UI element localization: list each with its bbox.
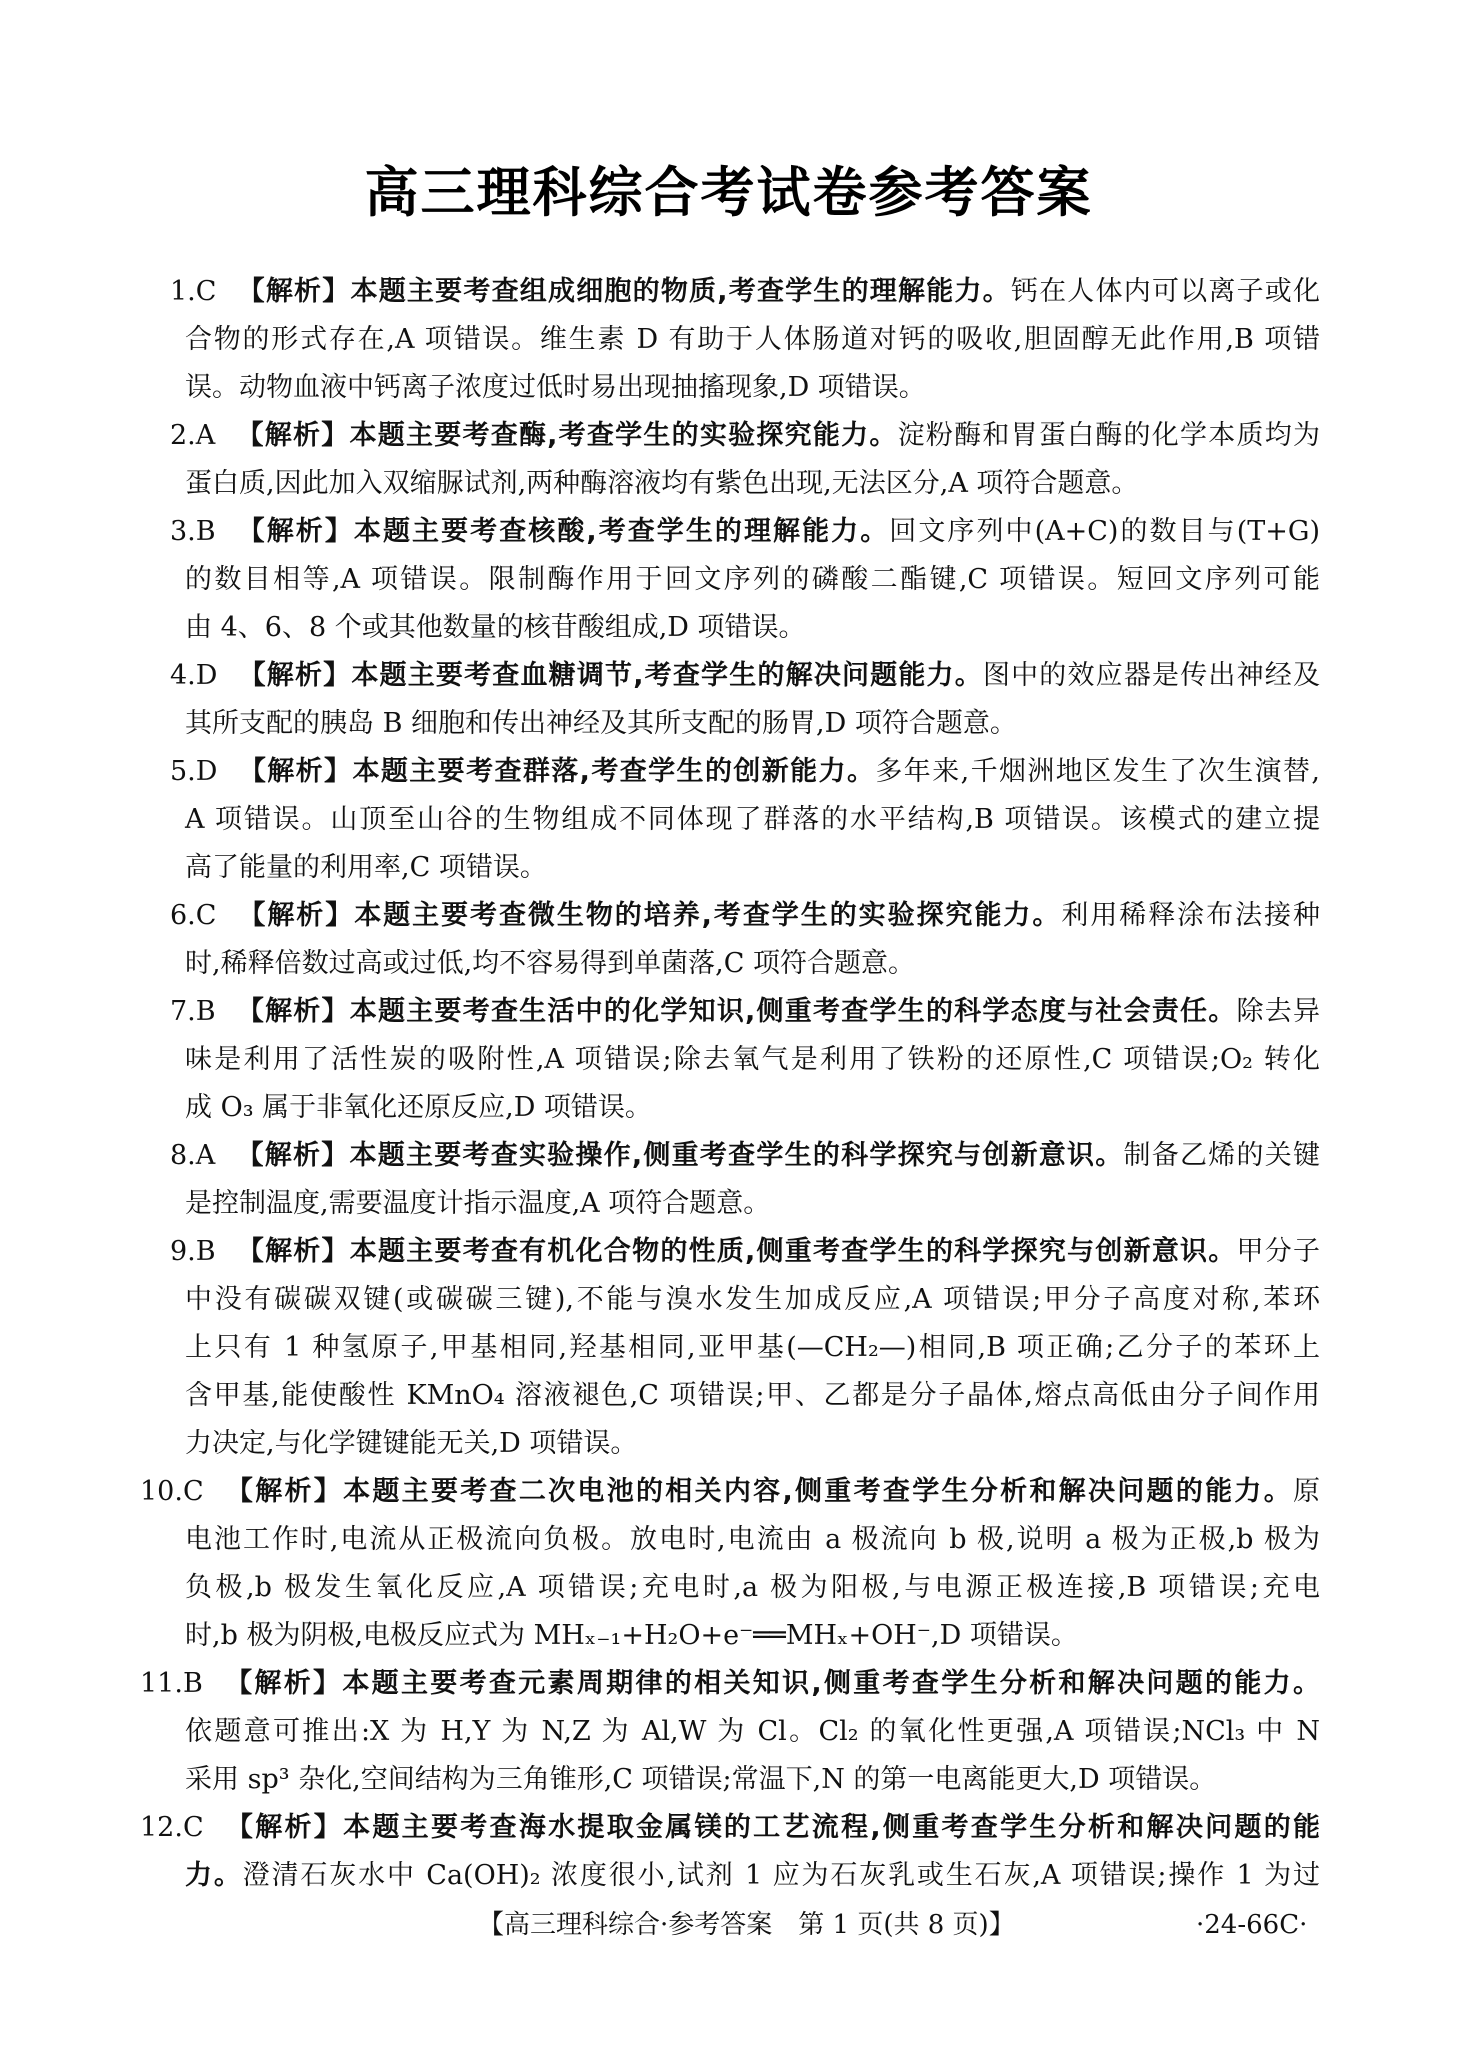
answer-lead: 本题主要考查微生物的培养,考查学生的实验探究能力。 bbox=[354, 900, 1061, 931]
answer-number: 7.B bbox=[170, 996, 216, 1027]
page-title: 高三理科综合考试卷参考答案 bbox=[0, 150, 1457, 227]
answer-text: 钙在人体内可以离子或化 bbox=[1011, 276, 1320, 307]
answer-lead: 本题主要考查组成细胞的物质,考查学生的理解能力。 bbox=[351, 276, 1011, 307]
answer-line: 中没有碳碳双键(或碳碳三键),不能与溴水发生加成反应,A 项错误;甲分子高度对称… bbox=[140, 1276, 1320, 1324]
answer-line: 9.B【解析】本题主要考查有机化合物的性质,侧重考查学生的科学探究与创新意识。甲… bbox=[140, 1228, 1320, 1276]
answer-item-3: 3.B【解析】本题主要考查核酸,考查学生的理解能力。回文序列中(A+C)的数目与… bbox=[140, 508, 1320, 652]
answer-lead: 本题主要考查核酸,考查学生的理解能力。 bbox=[354, 516, 889, 547]
answer-text: 回文序列中(A+C)的数目与(T+G) bbox=[889, 516, 1320, 547]
answer-line: 3.B【解析】本题主要考查核酸,考查学生的理解能力。回文序列中(A+C)的数目与… bbox=[140, 508, 1320, 556]
answer-lead: 本题主要考查有机化合物的性质,侧重考查学生的科学探究与创新意识。 bbox=[350, 1236, 1237, 1267]
answer-line: 含甲基,能使酸性 KMnO₄ 溶液褪色,C 项错误;甲、乙都是分子晶体,熔点高低… bbox=[140, 1372, 1320, 1420]
answer-line: 2.A【解析】本题主要考查酶,考查学生的实验探究能力。淀粉酶和胃蛋白酶的化学本质… bbox=[140, 412, 1320, 460]
answer-number: 2.A bbox=[170, 420, 215, 451]
answer-lead: 本题主要考查群落,考查学生的创新能力。 bbox=[352, 756, 875, 787]
answer-item-6: 6.C【解析】本题主要考查微生物的培养,考查学生的实验探究能力。利用稀释涂布法接… bbox=[140, 892, 1320, 988]
answer-line: A 项错误。山顶至山谷的生物组成不同体现了群落的水平结构,B 项错误。该模式的建… bbox=[140, 796, 1320, 844]
answer-line: 味是利用了活性炭的吸附性,A 项错误;除去氧气是利用了铁粉的还原性,C 项错误;… bbox=[140, 1036, 1320, 1084]
answer-line: 12.C【解析】本题主要考查海水提取金属镁的工艺流程,侧重考查学生分析和解决问题… bbox=[140, 1804, 1320, 1852]
answer-number: 11.B bbox=[140, 1668, 203, 1699]
answer-line: 6.C【解析】本题主要考查微生物的培养,考查学生的实验探究能力。利用稀释涂布法接… bbox=[140, 892, 1320, 940]
document-code: ·24-66C· bbox=[1196, 1905, 1307, 1945]
answer-item-10: 10.C【解析】本题主要考查二次电池的相关内容,侧重考查学生分析和解决问题的能力… bbox=[140, 1468, 1320, 1660]
answer-line: 合物的形式存在,A 项错误。维生素 D 有助于人体肠道对钙的吸收,胆固醇无此作用… bbox=[140, 316, 1320, 364]
answer-line: 力决定,与化学键键能无关,D 项错误。 bbox=[140, 1420, 1320, 1468]
answer-item-11: 11.B【解析】本题主要考查元素周期律的相关知识,侧重考查学生分析和解决问题的能… bbox=[140, 1660, 1320, 1804]
answer-lead: 本题主要考查生活中的化学知识,侧重考查学生的科学态度与社会责任。 bbox=[350, 996, 1237, 1027]
analysis-label: 【解析】 bbox=[237, 660, 351, 691]
answer-number: 12.C bbox=[140, 1812, 204, 1843]
answer-lead: 本题主要考查二次电池的相关内容,侧重考查学生分析和解决问题的能力。 bbox=[343, 1476, 1293, 1507]
answer-text: 甲分子 bbox=[1237, 1236, 1320, 1267]
answer-text: 多年来,千烟洲地区发生了次生演替, bbox=[875, 756, 1320, 787]
answer-item-12: 12.C【解析】本题主要考查海水提取金属镁的工艺流程,侧重考查学生分析和解决问题… bbox=[140, 1804, 1320, 1900]
answer-number: 3.B bbox=[170, 516, 216, 547]
answer-line: 电池工作时,电流从正极流向负极。放电时,电流由 a 极流向 b 极,说明 a 极… bbox=[140, 1516, 1320, 1564]
answer-line: 时,b 极为阴极,电极反应式为 MHₓ₋₁+H₂O+e⁻══MHₓ+OH⁻,D … bbox=[140, 1612, 1320, 1660]
answer-lead: 本题主要考查海水提取金属镁的工艺流程,侧重考查学生分析和解决问题的能 bbox=[343, 1812, 1320, 1843]
answer-number: 10.C bbox=[140, 1476, 204, 1507]
answer-item-1: 1.C【解析】本题主要考查组成细胞的物质,考查学生的理解能力。钙在人体内可以离子… bbox=[140, 268, 1320, 412]
answer-line: 上只有 1 种氢原子,甲基相同,羟基相同,亚甲基(—CH₂—)相同,B 项正确;… bbox=[140, 1324, 1320, 1372]
answer-line: 1.C【解析】本题主要考查组成细胞的物质,考查学生的理解能力。钙在人体内可以离子… bbox=[140, 268, 1320, 316]
answer-number: 9.B bbox=[170, 1236, 216, 1267]
analysis-label: 【解析】 bbox=[223, 1668, 343, 1699]
answer-text: 图中的效应器是传出神经及 bbox=[983, 660, 1320, 691]
analysis-label: 【解析】 bbox=[235, 1140, 349, 1171]
answer-item-8: 8.A【解析】本题主要考查实验操作,侧重考查学生的科学探究与创新意识。制备乙烯的… bbox=[140, 1132, 1320, 1228]
answer-number: 6.C bbox=[170, 900, 216, 931]
answer-line: 11.B【解析】本题主要考查元素周期律的相关知识,侧重考查学生分析和解决问题的能… bbox=[140, 1660, 1320, 1708]
answer-item-4: 4.D【解析】本题主要考查血糖调节,考查学生的解决问题能力。图中的效应器是传出神… bbox=[140, 652, 1320, 748]
answer-lead-continued: 力。 bbox=[185, 1860, 243, 1891]
answer-lead: 本题主要考查血糖调节,考查学生的解决问题能力。 bbox=[351, 660, 983, 691]
answer-item-2: 2.A【解析】本题主要考查酶,考查学生的实验探究能力。淀粉酶和胃蛋白酶的化学本质… bbox=[140, 412, 1320, 508]
answer-number: 5.D bbox=[170, 756, 217, 787]
answer-line: 其所支配的胰岛 B 细胞和传出神经及其所支配的肠胃,D 项符合题意。 bbox=[140, 700, 1320, 748]
answer-item-7: 7.B【解析】本题主要考查生活中的化学知识,侧重考查学生的科学态度与社会责任。除… bbox=[140, 988, 1320, 1132]
answer-number: 8.A bbox=[170, 1140, 215, 1171]
answer-text: 除去异 bbox=[1237, 996, 1320, 1027]
analysis-label: 【解析】 bbox=[236, 516, 354, 547]
analysis-label: 【解析】 bbox=[236, 996, 350, 1027]
answer-line: 的数目相等,A 项错误。限制酶作用于回文序列的磷酸二酯键,C 项错误。短回文序列… bbox=[140, 556, 1320, 604]
answer-line: 蛋白质,因此加入双缩脲试剂,两种酶溶液均有紫色出现,无法区分,A 项符合题意。 bbox=[140, 460, 1320, 508]
answer-line: 10.C【解析】本题主要考查二次电池的相关内容,侧重考查学生分析和解决问题的能力… bbox=[140, 1468, 1320, 1516]
answer-line: 7.B【解析】本题主要考查生活中的化学知识,侧重考查学生的科学态度与社会责任。除… bbox=[140, 988, 1320, 1036]
answer-text: 利用稀释涂布法接种 bbox=[1061, 900, 1320, 931]
answer-line: 误。动物血液中钙离子浓度过低时易出现抽搐现象,D 项错误。 bbox=[140, 364, 1320, 412]
answer-item-5: 5.D【解析】本题主要考查群落,考查学生的创新能力。多年来,千烟洲地区发生了次生… bbox=[140, 748, 1320, 892]
analysis-label: 【解析】 bbox=[236, 900, 354, 931]
answer-line: 时,稀释倍数过高或过低,均不容易得到单菌落,C 项符合题意。 bbox=[140, 940, 1320, 988]
answer-line: 采用 sp³ 杂化,空间结构为三角锥形,C 项错误;常温下,N 的第一电离能更大… bbox=[140, 1756, 1320, 1804]
answer-line: 由 4、6、8 个或其他数量的核苷酸组成,D 项错误。 bbox=[140, 604, 1320, 652]
analysis-label: 【解析】 bbox=[236, 1236, 350, 1267]
answer-item-9: 9.B【解析】本题主要考查有机化合物的性质,侧重考查学生的科学探究与创新意识。甲… bbox=[140, 1228, 1320, 1468]
answer-lead: 本题主要考查酶,考查学生的实验探究能力。 bbox=[349, 420, 897, 451]
answer-line: 依题意可推出:X 为 H,Y 为 N,Z 为 Al,W 为 Cl。Cl₂ 的氧化… bbox=[140, 1708, 1320, 1756]
answer-line: 是控制温度,需要温度计指示温度,A 项符合题意。 bbox=[140, 1180, 1320, 1228]
answer-lead: 本题主要考查实验操作,侧重考查学生的科学探究与创新意识。 bbox=[349, 1140, 1123, 1171]
answer-text: 淀粉酶和胃蛋白酶的化学本质均为 bbox=[898, 420, 1320, 451]
page-footer: 【高三理科综合·参考答案 第 1 页(共 8 页)】 bbox=[478, 1905, 1015, 1945]
analysis-label: 【解析】 bbox=[236, 276, 350, 307]
answer-line: 高了能量的利用率,C 项错误。 bbox=[140, 844, 1320, 892]
answer-line: 成 O₃ 属于非氧化还原反应,D 项错误。 bbox=[140, 1084, 1320, 1132]
analysis-label: 【解析】 bbox=[224, 1476, 343, 1507]
answer-text: 原 bbox=[1293, 1476, 1320, 1507]
answer-line: 力。澄清石灰水中 Ca(OH)₂ 浓度很小,试剂 1 应为石灰乳或生石灰,A 项… bbox=[140, 1852, 1320, 1900]
answer-lead: 本题主要考查元素周期律的相关知识,侧重考查学生分析和解决问题的能力。 bbox=[342, 1668, 1320, 1699]
analysis-label: 【解析】 bbox=[224, 1812, 343, 1843]
answer-number: 4.D bbox=[170, 660, 217, 691]
answer-list: 1.C【解析】本题主要考查组成细胞的物质,考查学生的理解能力。钙在人体内可以离子… bbox=[140, 268, 1320, 1900]
analysis-label: 【解析】 bbox=[237, 756, 352, 787]
answer-number: 1.C bbox=[170, 276, 216, 307]
answer-line: 4.D【解析】本题主要考查血糖调节,考查学生的解决问题能力。图中的效应器是传出神… bbox=[140, 652, 1320, 700]
answer-line: 8.A【解析】本题主要考查实验操作,侧重考查学生的科学探究与创新意识。制备乙烯的… bbox=[140, 1132, 1320, 1180]
answer-line: 负极,b 极发生氧化反应,A 项错误;充电时,a 极为阳极,与电源正极连接,B … bbox=[140, 1564, 1320, 1612]
answer-text: 澄清石灰水中 Ca(OH)₂ 浓度很小,试剂 1 应为石灰乳或生石灰,A 项错误… bbox=[243, 1860, 1320, 1891]
analysis-label: 【解析】 bbox=[235, 420, 349, 451]
answer-line: 5.D【解析】本题主要考查群落,考查学生的创新能力。多年来,千烟洲地区发生了次生… bbox=[140, 748, 1320, 796]
answer-text: 制备乙烯的关键 bbox=[1124, 1140, 1320, 1171]
